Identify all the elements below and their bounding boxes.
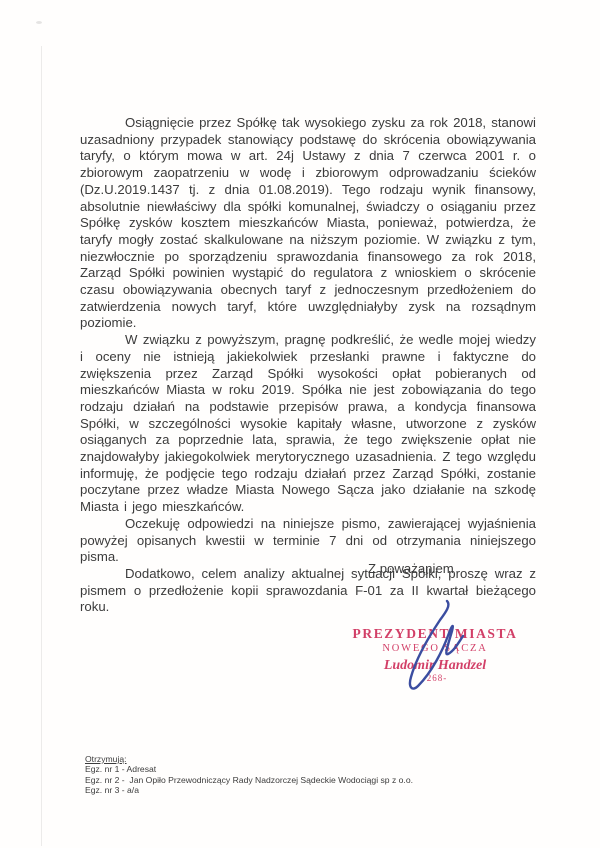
president-stamp: PREZYDENT MIASTA NOWEGO SĄCZA Ludomir Ha… [352,627,518,683]
scan-artifact-line [41,46,42,846]
closing-phrase: Z poważaniem [368,561,454,576]
letter-paragraph: Oczekuję odpowiedzi na niniejsze pismo, … [80,516,536,566]
letter-body: Osiągnięcie przez Spółkę tak wysokiego z… [80,115,536,616]
stamp-number: -268- [352,674,518,683]
scanned-letter-page: Osiągnięcie przez Spółkę tak wysokiego z… [0,0,600,848]
letter-paragraph: W związku z powyższym, pragnę podkreślić… [80,332,536,516]
letter-paragraph: Osiągnięcie przez Spółkę tak wysokiego z… [80,115,536,332]
distribution-list: Otrzymują: Egz. nr 1 - Adresat Egz. nr 2… [85,754,413,796]
stamp-city: NOWEGO SĄCZA [352,643,518,654]
distribution-item: Egz. nr 1 - Adresat [85,764,413,774]
stamp-title: PREZYDENT MIASTA [352,627,518,641]
letter-paragraph: Dodatkowo, celem analizy aktualnej sytua… [80,566,536,616]
distribution-item: Egz. nr 2 - Jan Opiło Przewodniczący Rad… [85,775,413,785]
distribution-heading: Otrzymują: [85,754,413,764]
scan-artifact-speck [36,21,42,24]
distribution-item: Egz. nr 3 - a/a [85,785,413,795]
stamp-name: Ludomir Handzel [352,659,518,674]
